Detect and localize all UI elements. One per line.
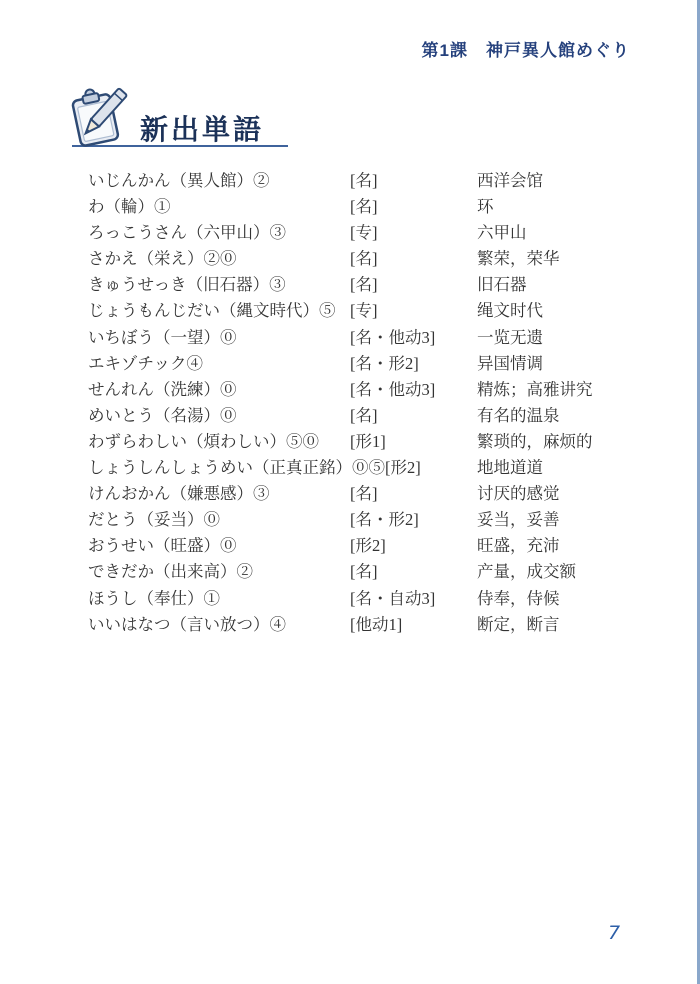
vocab-pos: [名・形2] bbox=[350, 507, 419, 533]
vocab-row: できだか（出来高）②[名]产量，成交额 bbox=[88, 559, 668, 585]
vocab-meaning: 断定，断言 bbox=[477, 612, 560, 638]
vocab-word: おうせい（旺盛）⓪ bbox=[88, 533, 350, 559]
vocab-row: わずらわしい（煩わしい）⑤⓪[形1]繁琐的，麻烦的 bbox=[88, 429, 668, 455]
vocab-meaning: 环 bbox=[477, 194, 494, 220]
vocab-meaning: 讨厌的感觉 bbox=[477, 481, 560, 507]
vocab-row: だとう（妥当）⓪[名・形2]妥当，妥善 bbox=[88, 507, 668, 533]
vocab-word: けんおかん（嫌悪感）③ bbox=[88, 481, 350, 507]
vocab-word: めいとう（名湯）⓪ bbox=[88, 403, 350, 429]
vocab-row: めいとう（名湯）⓪[名]有名的温泉 bbox=[88, 403, 668, 429]
vocab-pos: [专] bbox=[350, 298, 378, 324]
vocab-meaning: 绳文时代 bbox=[477, 298, 543, 324]
vocab-meaning: 侍奉，侍候 bbox=[477, 586, 560, 612]
vocab-word: できだか（出来高）② bbox=[88, 559, 350, 585]
vocab-pos: [名・形2] bbox=[350, 351, 419, 377]
vocab-word: しょうしんしょうめい（正真正銘）⓪⑤ bbox=[88, 455, 385, 481]
clipboard-pencil-icon bbox=[63, 84, 141, 150]
vocab-pos: [名・他动3] bbox=[350, 325, 435, 351]
vocab-row: いいはなつ（言い放つ）④[他动1]断定，断言 bbox=[88, 612, 668, 638]
vocab-row: いちぼう（一望）⓪[名・他动3]一览无遗 bbox=[88, 325, 668, 351]
vocab-row: エキゾチック④[名・形2]异国情调 bbox=[88, 351, 668, 377]
vocab-pos: [名] bbox=[350, 168, 378, 194]
vocab-pos: [名] bbox=[350, 272, 378, 298]
vocab-pos: [名] bbox=[350, 403, 378, 429]
vocab-row: けんおかん（嫌悪感）③[名]讨厌的感觉 bbox=[88, 481, 668, 507]
vocab-word: ほうし（奉仕）① bbox=[88, 586, 350, 612]
vocab-meaning: 旧石器 bbox=[477, 272, 527, 298]
vocab-row: きゅうせっき（旧石器）③[名]旧石器 bbox=[88, 272, 668, 298]
vocab-pos: [名] bbox=[350, 194, 378, 220]
vocab-row: ほうし（奉仕）①[名・自动3]侍奉，侍候 bbox=[88, 586, 668, 612]
section-title: 新出単語 bbox=[140, 108, 264, 148]
vocab-word: わ（輪）① bbox=[88, 194, 350, 220]
textbook-page: 第1課 神戸異人館めぐり 新出単語 いじんかん（異人館）②[名]西洋会馆わ（輪）… bbox=[0, 0, 700, 984]
vocab-row: ろっこうさん（六甲山）③[专]六甲山 bbox=[88, 220, 668, 246]
vocab-row: おうせい（旺盛）⓪[形2]旺盛，充沛 bbox=[88, 533, 668, 559]
vocab-meaning: 地地道道 bbox=[477, 455, 543, 481]
lesson-running-header: 第1課 神戸異人館めぐり bbox=[422, 36, 630, 61]
vocab-meaning: 旺盛，充沛 bbox=[477, 533, 560, 559]
vocab-meaning: 妥当，妥善 bbox=[477, 507, 560, 533]
vocab-meaning: 精炼；高雅讲究 bbox=[477, 377, 593, 403]
vocab-word: じょうもんじだい（縄文時代）⑤ bbox=[88, 298, 350, 324]
vocab-word: いじんかん（異人館）② bbox=[88, 168, 350, 194]
vocab-meaning: 一览无遗 bbox=[477, 325, 543, 351]
vocab-pos: [名・自动3] bbox=[350, 586, 435, 612]
vocab-list: いじんかん（異人館）②[名]西洋会馆わ（輪）①[名]环ろっこうさん（六甲山）③[… bbox=[88, 168, 668, 638]
vocab-pos: [名・他动3] bbox=[350, 377, 435, 403]
vocab-word: いちぼう（一望）⓪ bbox=[88, 325, 350, 351]
vocab-pos: [形2] bbox=[385, 455, 421, 481]
vocab-word: ろっこうさん（六甲山）③ bbox=[88, 220, 350, 246]
vocab-word: さかえ（栄え）②⓪ bbox=[88, 246, 350, 272]
vocab-pos: [名] bbox=[350, 559, 378, 585]
vocab-word: きゅうせっき（旧石器）③ bbox=[88, 272, 350, 298]
vocab-meaning: 西洋会馆 bbox=[477, 168, 543, 194]
vocab-pos: [他动1] bbox=[350, 612, 402, 638]
vocab-pos: [形1] bbox=[350, 429, 386, 455]
vocab-pos: [专] bbox=[350, 220, 378, 246]
vocab-pos: [形2] bbox=[350, 533, 386, 559]
vocab-meaning: 有名的温泉 bbox=[477, 403, 560, 429]
vocab-row: いじんかん（異人館）②[名]西洋会馆 bbox=[88, 168, 668, 194]
vocab-row: しょうしんしょうめい（正真正銘）⓪⑤[形2]地地道道 bbox=[88, 455, 668, 481]
vocab-word: エキゾチック④ bbox=[88, 351, 350, 377]
vocab-row: わ（輪）①[名]环 bbox=[88, 194, 668, 220]
vocab-word: だとう（妥当）⓪ bbox=[88, 507, 350, 533]
vocab-meaning: 繁荣，荣华 bbox=[477, 246, 560, 272]
vocab-row: じょうもんじだい（縄文時代）⑤[专]绳文时代 bbox=[88, 298, 668, 324]
page-number: 7 bbox=[608, 922, 620, 944]
vocab-word: わずらわしい（煩わしい）⑤⓪ bbox=[88, 429, 350, 455]
vocab-pos: [名] bbox=[350, 246, 378, 272]
vocab-word: いいはなつ（言い放つ）④ bbox=[88, 612, 350, 638]
vocab-row: さかえ（栄え）②⓪[名]繁荣，荣华 bbox=[88, 246, 668, 272]
vocab-meaning: 产量，成交额 bbox=[477, 559, 576, 585]
vocab-meaning: 繁琐的，麻烦的 bbox=[477, 429, 593, 455]
vocab-pos: [名] bbox=[350, 481, 378, 507]
vocab-word: せんれん（洗練）⓪ bbox=[88, 377, 350, 403]
vocab-row: せんれん（洗練）⓪[名・他动3]精炼；高雅讲究 bbox=[88, 377, 668, 403]
vocab-meaning: 异国情调 bbox=[477, 351, 543, 377]
vocab-meaning: 六甲山 bbox=[477, 220, 527, 246]
